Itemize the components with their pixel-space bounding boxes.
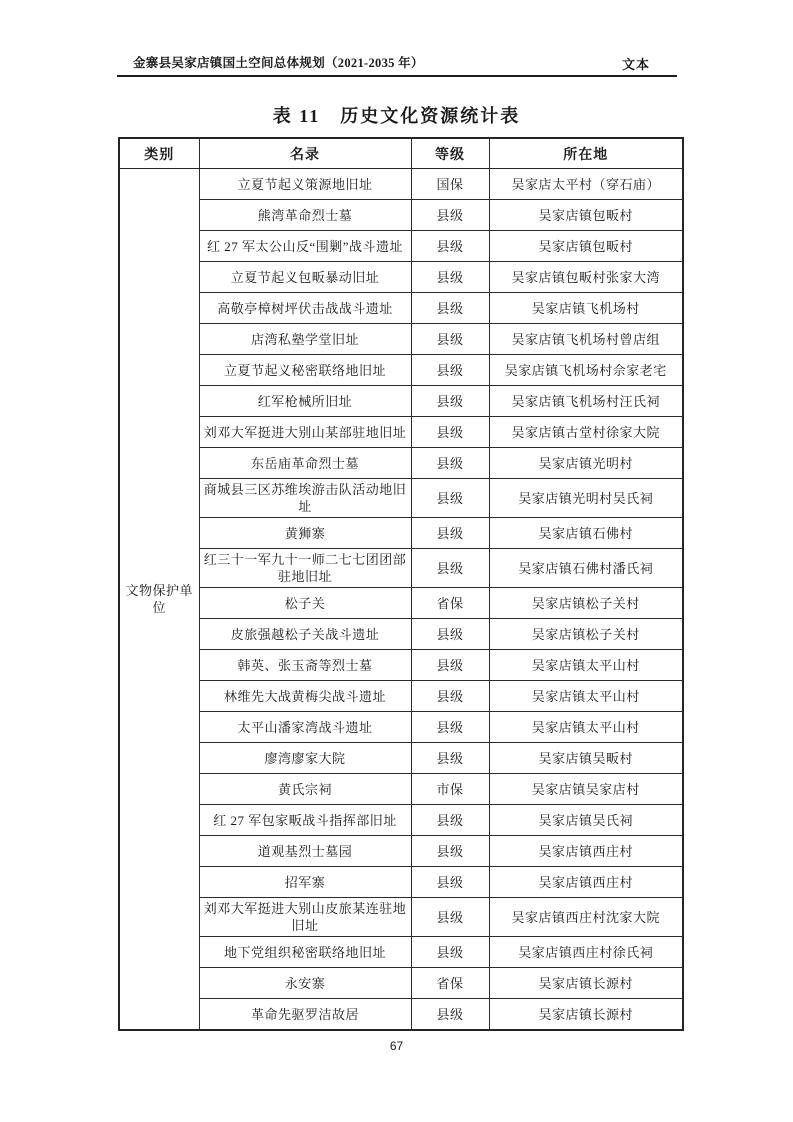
cell-level: 县级 [411, 712, 489, 743]
table-row: 商城县三区苏维埃游击队活动地旧址 县级 吴家店镇光明村吴氏祠 [119, 479, 683, 518]
cell-name: 地下党组织秘密联络地旧址 [199, 937, 411, 968]
cell-level: 县级 [411, 479, 489, 518]
cell-level: 县级 [411, 836, 489, 867]
cell-name: 林维先大战黄梅尖战斗遗址 [199, 681, 411, 712]
cell-name: 东岳庙革命烈士墓 [199, 448, 411, 479]
cell-level: 县级 [411, 324, 489, 355]
cell-name: 商城县三区苏维埃游击队活动地旧址 [199, 479, 411, 518]
cell-location: 吴家店镇吴畈村 [489, 743, 683, 774]
cell-level: 县级 [411, 386, 489, 417]
cell-name: 高敬亭樟树坪伏击战战斗遗址 [199, 293, 411, 324]
table-row: 立夏节起义包畈暴动旧址 县级 吴家店镇包畈村张家大湾 [119, 262, 683, 293]
cell-location: 吴家店镇包畈村 [489, 200, 683, 231]
col-header-name: 名录 [199, 138, 411, 169]
cell-location: 吴家店镇飞机场村汪氏祠 [489, 386, 683, 417]
cell-name: 立夏节起义秘密联络地旧址 [199, 355, 411, 386]
col-header-level: 等级 [411, 138, 489, 169]
cell-level: 县级 [411, 650, 489, 681]
cell-name: 店湾私塾学堂旧址 [199, 324, 411, 355]
cell-level: 县级 [411, 743, 489, 774]
cell-name: 革命先驱罗洁故居 [199, 999, 411, 1031]
cell-name: 廖湾廖家大院 [199, 743, 411, 774]
cell-level: 县级 [411, 200, 489, 231]
table-row: 招军寨 县级 吴家店镇西庄村 [119, 867, 683, 898]
table-row: 永安寨 省保 吴家店镇长源村 [119, 968, 683, 999]
cell-location: 吴家店镇飞机场村佘家老宅 [489, 355, 683, 386]
cell-name: 招军寨 [199, 867, 411, 898]
cell-name: 红军枪械所旧址 [199, 386, 411, 417]
cell-name: 松子关 [199, 588, 411, 619]
cell-level: 县级 [411, 262, 489, 293]
cell-location: 吴家店镇古堂村徐家大院 [489, 417, 683, 448]
table-row: 红 27 军包家畈战斗指挥部旧址 县级 吴家店镇吴氏祠 [119, 805, 683, 836]
cell-location: 吴家店镇石佛村潘氏祠 [489, 549, 683, 588]
cell-name: 韩英、张玉斋等烈士墓 [199, 650, 411, 681]
table-row: 红三十一军九十一师二七七团团部驻地旧址 县级 吴家店镇石佛村潘氏祠 [119, 549, 683, 588]
header-row: 类别 名录 等级 所在地 [119, 138, 683, 169]
cell-level: 县级 [411, 231, 489, 262]
historic-resources-table: 类别 名录 等级 所在地 文物保护单位 立夏节起义策源地旧址 国保 吴家店太平村… [118, 137, 684, 1031]
table-row: 松子关 省保 吴家店镇松子关村 [119, 588, 683, 619]
cell-level: 国保 [411, 169, 489, 200]
table-row: 红 27 军太公山反“围剿”战斗遗址 县级 吴家店镇包畈村 [119, 231, 683, 262]
cell-level: 县级 [411, 518, 489, 549]
cell-name: 红 27 军太公山反“围剿”战斗遗址 [199, 231, 411, 262]
category-cell: 文物保护单位 [119, 169, 199, 1031]
table-row: 皮旅强越松子关战斗遗址 县级 吴家店镇松子关村 [119, 619, 683, 650]
cell-location: 吴家店镇太平山村 [489, 650, 683, 681]
cell-level: 县级 [411, 417, 489, 448]
cell-name: 刘邓大军挺进大别山某部驻地旧址 [199, 417, 411, 448]
cell-location: 吴家店镇光明村 [489, 448, 683, 479]
table-row: 韩英、张玉斋等烈士墓 县级 吴家店镇太平山村 [119, 650, 683, 681]
table-row: 店湾私塾学堂旧址 县级 吴家店镇飞机场村曾店组 [119, 324, 683, 355]
cell-level: 县级 [411, 355, 489, 386]
table-row: 地下党组织秘密联络地旧址 县级 吴家店镇西庄村徐氏祠 [119, 937, 683, 968]
table-row: 刘邓大军挺进大别山某部驻地旧址 县级 吴家店镇古堂村徐家大院 [119, 417, 683, 448]
cell-name: 黄狮寨 [199, 518, 411, 549]
table-header: 类别 名录 等级 所在地 [119, 138, 683, 169]
cell-name: 红三十一军九十一师二七七团团部驻地旧址 [199, 549, 411, 588]
cell-name: 立夏节起义包畈暴动旧址 [199, 262, 411, 293]
cell-location: 吴家店镇长源村 [489, 999, 683, 1031]
table-row: 太平山潘家湾战斗遗址 县级 吴家店镇太平山村 [119, 712, 683, 743]
table-row: 林维先大战黄梅尖战斗遗址 县级 吴家店镇太平山村 [119, 681, 683, 712]
cell-level: 县级 [411, 898, 489, 937]
cell-location: 吴家店镇飞机场村 [489, 293, 683, 324]
table-row: 刘邓大军挺进大别山皮旅某连驻地旧址 县级 吴家店镇西庄村沈家大院 [119, 898, 683, 937]
document-title: 金寨县吴家店镇国土空间总体规划（2021-2035 年） [133, 53, 424, 71]
table-row: 熊湾革命烈士墓 县级 吴家店镇包畈村 [119, 200, 683, 231]
cell-name: 红 27 军包家畈战斗指挥部旧址 [199, 805, 411, 836]
cell-level: 省保 [411, 968, 489, 999]
table-row: 黄氏宗祠 市保 吴家店镇吴家店村 [119, 774, 683, 805]
cell-level: 县级 [411, 805, 489, 836]
cell-name: 永安寨 [199, 968, 411, 999]
cell-level: 县级 [411, 867, 489, 898]
cell-level: 县级 [411, 619, 489, 650]
table-row: 立夏节起义秘密联络地旧址 县级 吴家店镇飞机场村佘家老宅 [119, 355, 683, 386]
header-rule [117, 75, 677, 77]
cell-name: 道观基烈士墓园 [199, 836, 411, 867]
cell-location: 吴家店镇太平山村 [489, 712, 683, 743]
cell-location: 吴家店镇飞机场村曾店组 [489, 324, 683, 355]
table-row: 红军枪械所旧址 县级 吴家店镇飞机场村汪氏祠 [119, 386, 683, 417]
table-row: 黄狮寨 县级 吴家店镇石佛村 [119, 518, 683, 549]
page-number: 67 [390, 1039, 403, 1053]
cell-level: 县级 [411, 549, 489, 588]
col-header-location: 所在地 [489, 138, 683, 169]
cell-location: 吴家店镇吴氏祠 [489, 805, 683, 836]
page-footer: 67 [0, 1039, 793, 1053]
cell-level: 县级 [411, 681, 489, 712]
table-row: 廖湾廖家大院 县级 吴家店镇吴畈村 [119, 743, 683, 774]
cell-level: 县级 [411, 937, 489, 968]
cell-name: 皮旅强越松子关战斗遗址 [199, 619, 411, 650]
table-row: 文物保护单位 立夏节起义策源地旧址 国保 吴家店太平村（穿石庙） [119, 169, 683, 200]
cell-name: 熊湾革命烈士墓 [199, 200, 411, 231]
cell-location: 吴家店镇石佛村 [489, 518, 683, 549]
cell-location: 吴家店镇包畈村张家大湾 [489, 262, 683, 293]
cell-level: 县级 [411, 448, 489, 479]
table-row: 高敬亭樟树坪伏击战战斗遗址 县级 吴家店镇飞机场村 [119, 293, 683, 324]
cell-location: 吴家店镇松子关村 [489, 619, 683, 650]
table-row: 东岳庙革命烈士墓 县级 吴家店镇光明村 [119, 448, 683, 479]
cell-level: 省保 [411, 588, 489, 619]
col-header-category: 类别 [119, 138, 199, 169]
table-row: 道观基烈士墓园 县级 吴家店镇西庄村 [119, 836, 683, 867]
cell-name: 刘邓大军挺进大别山皮旅某连驻地旧址 [199, 898, 411, 937]
document-page: 金寨县吴家店镇国土空间总体规划（2021-2035 年） 文本 表 11 历史文… [0, 0, 793, 1122]
cell-level: 县级 [411, 293, 489, 324]
cell-name: 立夏节起义策源地旧址 [199, 169, 411, 200]
cell-level: 县级 [411, 999, 489, 1031]
cell-location: 吴家店镇光明村吴氏祠 [489, 479, 683, 518]
cell-location: 吴家店镇西庄村徐氏祠 [489, 937, 683, 968]
cell-location: 吴家店镇太平山村 [489, 681, 683, 712]
cell-location: 吴家店太平村（穿石庙） [489, 169, 683, 200]
cell-location: 吴家店镇松子关村 [489, 588, 683, 619]
cell-name: 黄氏宗祠 [199, 774, 411, 805]
cell-location: 吴家店镇西庄村 [489, 867, 683, 898]
document-type-label: 文本 [622, 54, 650, 73]
cell-location: 吴家店镇长源村 [489, 968, 683, 999]
table-body: 文物保护单位 立夏节起义策源地旧址 国保 吴家店太平村（穿石庙） 熊湾革命烈士墓… [119, 169, 683, 1031]
cell-location: 吴家店镇吴家店村 [489, 774, 683, 805]
cell-level: 市保 [411, 774, 489, 805]
cell-location: 吴家店镇包畈村 [489, 231, 683, 262]
cell-name: 太平山潘家湾战斗遗址 [199, 712, 411, 743]
cell-location: 吴家店镇西庄村 [489, 836, 683, 867]
table-row: 革命先驱罗洁故居 县级 吴家店镇长源村 [119, 999, 683, 1031]
cell-location: 吴家店镇西庄村沈家大院 [489, 898, 683, 937]
table-title: 表 11 历史文化资源统计表 [0, 102, 793, 128]
